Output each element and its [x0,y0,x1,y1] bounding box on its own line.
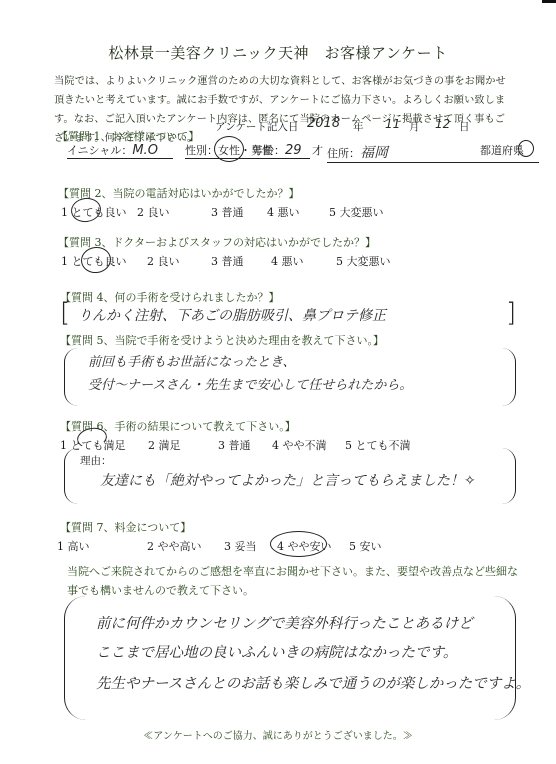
comments-answer-line-3: 先生やナースさんとのお話も楽しみで通うのが楽しかったですよ。 [96,672,530,693]
q6-reason-answer: 友達にも「絶対やってよかった」と言ってもらえました！✧ [100,470,476,490]
survey-title: 松林景一美容クリニック天神 お客様アンケート [0,42,556,63]
q2-option-2[interactable]: 2 良い [137,204,170,220]
comments-prompt: 当院へご来院されてからのご感想を率直にお聞かせ下さい。また、要望や改善点など些細… [67,562,527,600]
q7-option-5[interactable]: 5 安い [349,538,382,554]
scan-corner-mark [542,0,556,3]
q7-heading: 【質問 7、料金について】 [60,519,191,535]
date-day-value[interactable]: 12 [435,117,450,131]
address-label: 住所： [327,147,360,160]
age-label: 年齢： [252,144,285,157]
q5-answer-line-1: 前回も手術もお世話になったとき、 [88,351,295,370]
prefecture-selection-circle [518,140,534,157]
initial-label: イニシャル： [67,144,132,157]
comments-answer-line-1: 前に何件かカウンセリングで美容外科行ったことあるけど [96,612,473,633]
initial-value: M.O [132,143,158,158]
date-year-value[interactable]: 2018 [307,116,340,131]
q6-reason-label: 理由： [80,453,112,468]
date-month-value[interactable]: 11 [385,117,400,131]
q3-options: 1 とても良い 2 良い 3 普通 4 悪い 5 大変悪い [61,253,541,269]
q3-option-5[interactable]: 5 大変悪い [336,253,391,269]
q7-selection-circle [270,531,327,557]
age-value: 29 [285,143,302,158]
q4-heading: 【質問 4、何の手術を受けられましたか？】 [60,289,280,305]
q7-options: 1 高い 2 やや高い 3 妥当 4 やや安い 5 安い [57,538,537,554]
address-value: 福岡 [360,145,388,161]
q3-heading: 【質問 3、ドクターおよびスタッフの対応はいかがでしたか？】 [58,234,376,250]
footer-thanks: ≪アンケートへのご協力、誠にありがとうございました。≫ [0,727,556,742]
q4-open-bracket: [ [60,298,70,328]
q5-answer-line-2: 受付〜ナースさん・先生まで安心して任せられたから。 [88,374,412,393]
date-year-unit: 年 [353,119,364,134]
q2-options: 1 とても良い 2 良い 3 普通 4 悪い 5 大変悪い [61,204,541,220]
q7-option-1[interactable]: 1 高い [57,538,90,554]
q4-answer[interactable]: りんかく注射、下あごの脂肪吸引、鼻プロテ修正 [78,305,386,325]
q3-option-4[interactable]: 4 悪い [271,253,304,269]
date-label: アンケート記入日 [215,119,298,134]
comments-answer-line-2: ここまで居心地の良いふんいきの病院はなかったです。 [96,641,457,662]
q2-option-5[interactable]: 5 大変悪い [329,204,384,220]
q1-profile-row: イニシャル：M.O 性別：女性・男性 年齢：29 才 住所：福岡 都道府県 [61,142,541,160]
gender-selection-circle [214,136,244,162]
gender-label: 性別： [185,144,218,157]
q7-option-3[interactable]: 3 妥当 [224,538,257,554]
q5-heading: 【質問 5、当院で手術を受けようと決めた理由を教えて下さい。】 [60,332,384,348]
q3-option-2[interactable]: 2 良い [147,253,180,269]
age-unit: 才 [312,142,323,158]
date-day-unit: 日 [459,119,470,134]
q2-option-3[interactable]: 3 普通 [211,204,244,220]
q7-option-2[interactable]: 2 やや高い [147,538,202,554]
q4-close-bracket: ] [506,298,516,328]
initial-field[interactable]: イニシャル：M.O [67,142,173,159]
age-field[interactable]: 年齢：29 [252,142,310,159]
q3-option-3[interactable]: 3 普通 [211,253,244,269]
q2-option-4[interactable]: 4 悪い [267,204,300,220]
date-month-unit: 月 [409,119,420,134]
